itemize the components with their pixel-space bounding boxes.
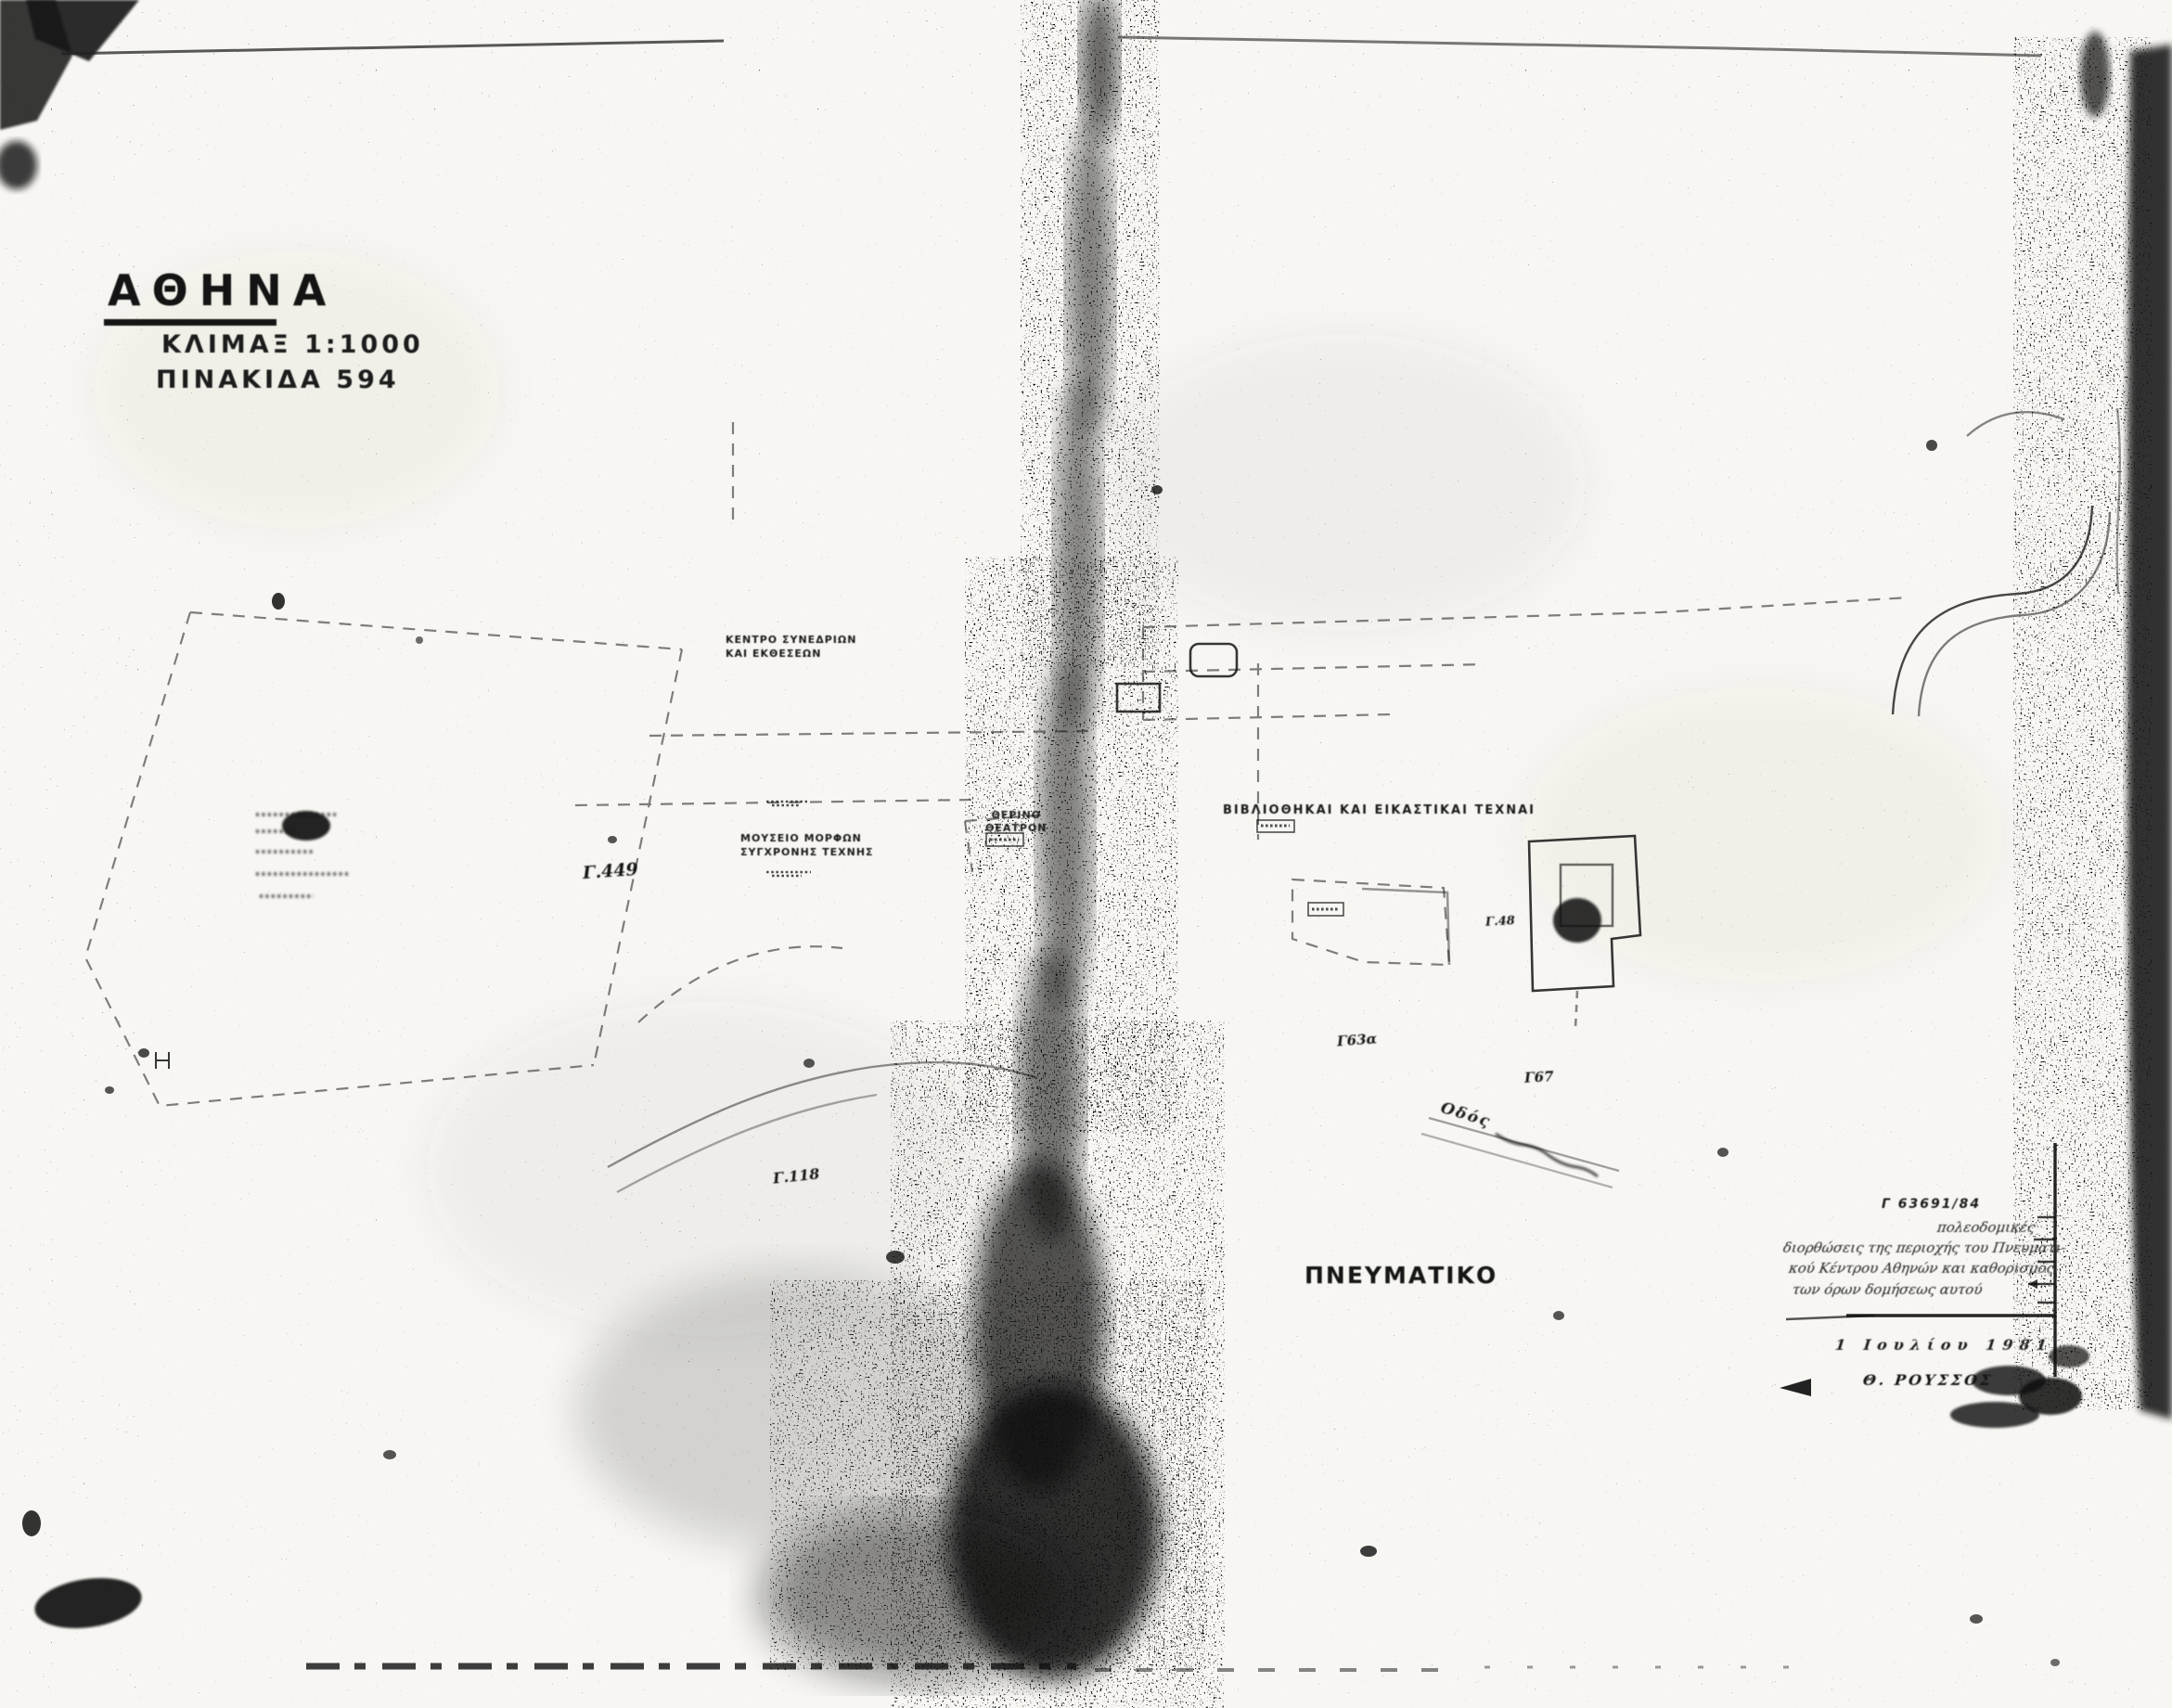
stamp-hand-line4: των όρων δομήσεως αυτού — [1792, 1281, 1984, 1298]
map-title: ΑΘΗΝΑ — [108, 265, 337, 315]
map-plate-label: ΠΙΝΑΚΙΔΑ 594 — [156, 366, 400, 394]
label-theatre-line2: ΘΕΑΤΡΟΝ — [985, 822, 1047, 835]
title-underline — [104, 319, 276, 326]
stamp-reference-number: Γ 63691/84 — [1882, 1197, 1981, 1212]
parcel-code-g63a: Γ63α — [1336, 1031, 1377, 1050]
label-theatre-line1: ΘΕΡΙΝΟ — [985, 809, 1047, 822]
stamp-hand-line2: διορθώσεις της περιοχής του Πνευματι- — [1782, 1239, 2067, 1256]
stamp-signature: Θ. ΡΟΥΣΣΟΣ — [1862, 1371, 1994, 1389]
label-congress-line1: ΚΕΝΤΡΟ ΣΥΝΕΔΡΙΩΝ — [726, 633, 856, 647]
label-summer-theatre: ΘΕΡΙΝΟ ΘΕΑΤΡΟΝ — [985, 809, 1047, 835]
stamp-date: 1 Ιουλίου 1981 — [1834, 1336, 2054, 1354]
stamp-hand-line1: πολεοδομικές — [1936, 1219, 2037, 1236]
parcel-code-g449: Γ.449 — [582, 859, 638, 883]
area-label-pneumatiko: ΠΝΕΥΜΑΤΙΚΟ — [1304, 1262, 1497, 1289]
label-congress-line2: ΚΑΙ ΕΚΘΕΣΕΩΝ — [726, 647, 856, 661]
stamp-hand-line3: κού Κέντρου Αθηνών και καθορισμός — [1788, 1260, 2056, 1277]
label-congress-centre: ΚΕΝΤΡΟ ΣΥΝΕΔΡΙΩΝ ΚΑΙ ΕΚΘΕΣΕΩΝ — [726, 633, 856, 661]
label-museum-line1: ΜΟΥΣΕΙΟ ΜΟΡΦΩΝ — [740, 831, 874, 845]
label-museum-line2: ΣΥΓΧΡΟΝΗΣ ΤΕΧΝΗΣ — [740, 845, 874, 859]
label-library-arts: ΒΙΒΛΙΟΘΗΚΑΙ ΚΑΙ ΕΙΚΑΣΤΙΚΑΙ ΤΕΧΝΑΙ — [1223, 803, 1536, 817]
parcel-code-g48: Γ.48 — [1485, 914, 1516, 930]
parcel-code-g67: Γ67 — [1524, 1068, 1554, 1086]
scanned-map-page: ΑΘΗΝΑ ΚΛΙΜΑΞ 1:1000 ΠΙΝΑΚΙΔΑ 594 ΠΝΕΥΜΑΤ… — [0, 0, 2172, 1708]
label-museum: ΜΟΥΣΕΙΟ ΜΟΡΦΩΝ ΣΥΓΧΡΟΝΗΣ ΤΕΧΝΗΣ — [740, 831, 874, 859]
map-linework-layer — [0, 0, 2172, 1708]
map-scale-label: ΚΛΙΜΑΞ 1:1000 — [161, 330, 424, 359]
